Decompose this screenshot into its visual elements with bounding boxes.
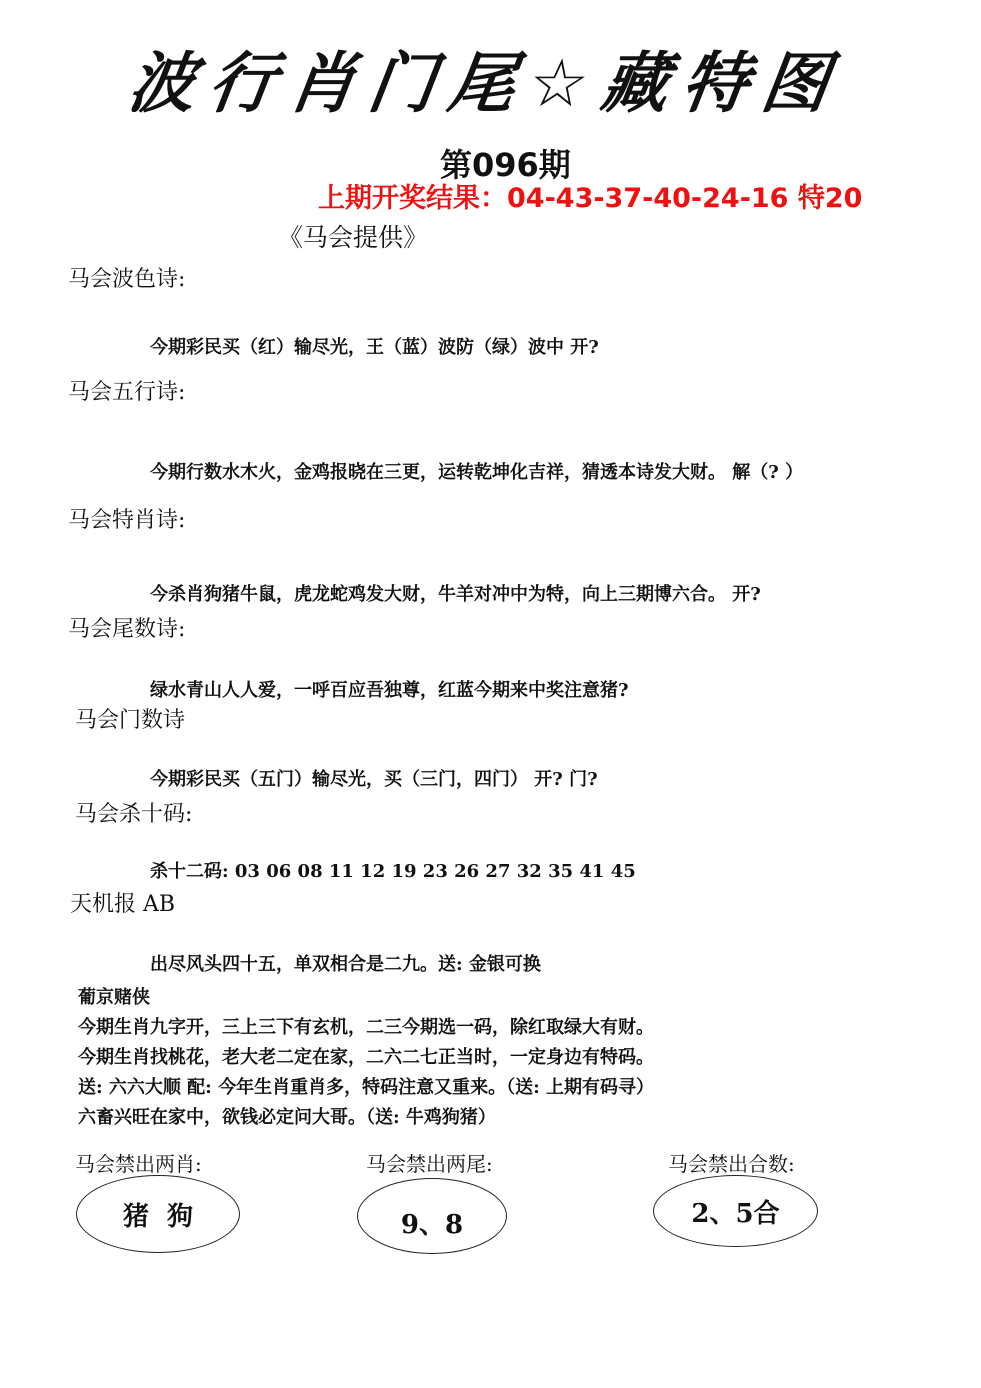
section-body-five-elements: 今期行数水木火，金鸡报晓在三更，运转乾坤化吉祥，猜透本诗发大财。 解（? ） — [150, 458, 803, 484]
section-body-kill-numbers: 杀十二码: 03 06 08 11 12 19 23 26 27 32 35 4… — [150, 857, 636, 883]
section-body-wave-color: 今期彩民买（红）输尽光，王（蓝）波防（绿）波中 开? — [150, 333, 599, 359]
section-heading-kill-numbers: 马会杀十码: — [75, 797, 192, 828]
section-heading-five-elements: 马会五行诗: — [68, 375, 185, 406]
last-result: 上期开奖结果：04-43-37-40-24-16 特20 — [318, 176, 862, 215]
last-result-special: 特20 — [798, 183, 863, 214]
pujing-line: 送: 六六大顺 配: 今年生肖重肖多，特码注意又重来。（送: 上期有码寻） — [78, 1073, 654, 1099]
section-body-tail-number: 绿水青山人人爱，一呼百应吾独尊，红蓝今期来中奖注意猪? — [150, 676, 629, 702]
section-heading-tianji: 天机报 AB — [70, 887, 175, 918]
section-body-door-number: 今期彩民买（五门）输尽光，买（三门，四门） 开? 门? — [150, 765, 598, 791]
section-body-special-zodiac: 今杀肖狗猪牛鼠，虎龙蛇鸡发大财，牛羊对冲中为特，向上三期博六合。 开? — [150, 580, 761, 606]
section-heading-special-zodiac: 马会特肖诗: — [68, 503, 185, 534]
pujing-line: 今期生肖九字开，三上三下有玄机，二三今期选一码，除红取绿大有财。 — [78, 1013, 654, 1039]
ban-tail-value: 9、8 — [401, 1192, 463, 1241]
ban-tail-label: 马会禁出两尾: — [366, 1148, 493, 1177]
section-body-tianji: 出尽风头四十五，单双相合是二九。送: 金银可换 — [150, 950, 541, 976]
section-heading-door-number: 马会门数诗 — [75, 703, 185, 734]
pujing-line: 六畜兴旺在家中，欲钱必定问大哥。（送: 牛鸡狗猪） — [78, 1103, 496, 1129]
section-heading-wave-color: 马会波色诗: — [68, 262, 185, 293]
last-result-numbers: 04-43-37-40-24-16 — [507, 183, 788, 214]
ban-sum-value: 2、5合 — [691, 1193, 779, 1230]
ban-sum-oval: 2、5合 — [653, 1175, 818, 1247]
page-title: 波行肖门尾☆藏特图 — [123, 30, 850, 125]
ban-zodiac-oval: 猪 狗 — [76, 1175, 240, 1253]
pujing-line: 今期生肖找桃花，老大老二定在家，二六二七正当时，一定身边有特码。 — [78, 1043, 654, 1069]
pujing-heading: 葡京赌侠 — [78, 983, 150, 1009]
ban-zodiac-value: 猪 狗 — [123, 1196, 193, 1233]
ban-sum-label: 马会禁出合数: — [668, 1148, 795, 1177]
last-result-label: 上期开奖结果： — [318, 183, 507, 214]
ban-tail-oval: 9、8 — [357, 1178, 507, 1254]
ban-zodiac-label: 马会禁出两肖: — [75, 1148, 202, 1177]
provider-label: 《马会提供》 — [278, 218, 428, 254]
section-heading-tail-number: 马会尾数诗: — [68, 612, 185, 643]
